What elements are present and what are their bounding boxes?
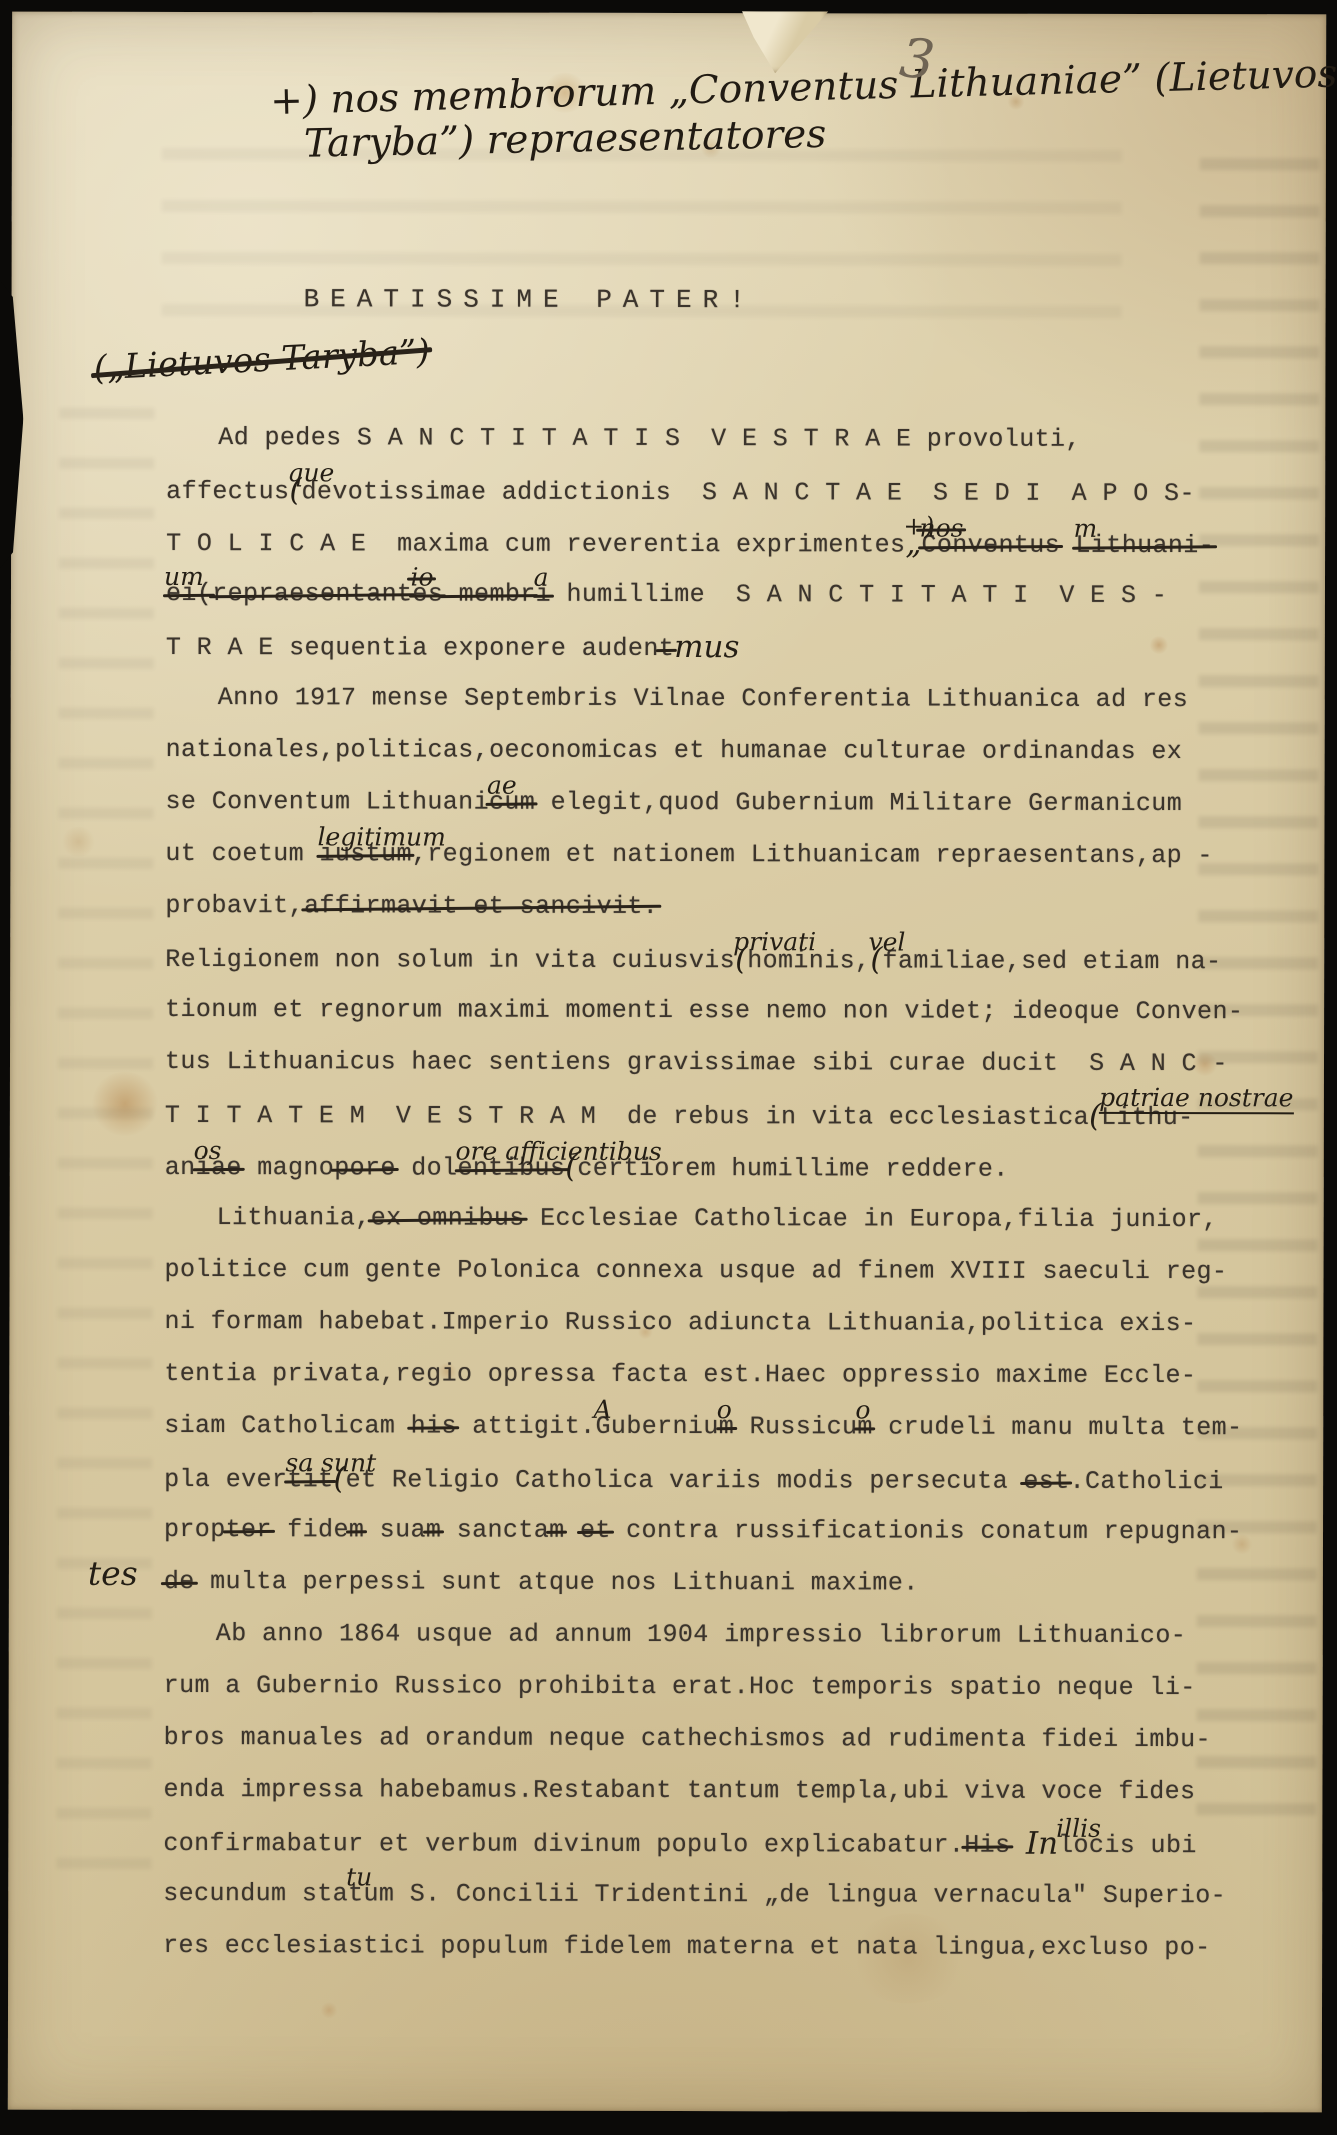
inserted-handwriting: o [855,1397,870,1423]
struck-typed-text: cumae [489,777,535,829]
text-line: T I T A T E M V E S T R A M de rebus in … [165,1088,1215,1142]
struck-typed-text: iaeos [196,1142,242,1194]
inserted-handwriting: o [717,1397,732,1423]
struck-typed-text: est [1023,1456,1069,1508]
struck-typed-text: membr [443,569,536,621]
text-line: probavit,affirmavit et sancivit. [165,880,1215,934]
typed-text: se Conventum Lithuani [165,776,489,829]
struck-typed-text: m [349,1504,365,1556]
typed-text: attigit. [457,1401,596,1453]
struck-typed-text: et [580,1505,611,1557]
typed-text: Lithu-patriae nostrae [1101,1092,1194,1144]
struck-typed-text: pore [334,1142,396,1194]
typed-text: tionum et regnorum maximi momenti esse n… [165,984,1243,1038]
typed-text: rum a Gubernio Russico prohibita erat.Ho… [164,1660,1196,1714]
inserted-handwriting: tu [346,1864,372,1890]
typed-text: prop [164,1504,226,1556]
struck-typed-text: de [164,1556,195,1608]
text-line: Ab anno 1864 usque ad annum 1904 impress… [164,1608,1214,1662]
handwritten-text: (que [289,464,301,516]
typed-text: secundum sta [163,1868,348,1920]
inserted-handwriting: sa sunt [285,1450,376,1476]
typed-text: confirmabatur et verbum divinum populo e… [163,1818,964,1872]
typed-text: S. Concilii Tridentini [394,1868,764,1921]
typed-text: T R A E sequentia exponere auden [166,622,659,675]
text-line: aniaeos magnopore dolentibusore afficien… [165,1140,1215,1194]
text-line: nationales,politicas,oeconomicas et huma… [166,724,1216,778]
struck-typed-text: titsa sunt [287,1454,333,1506]
typed-text: crudeli manu multa tem- [873,1401,1243,1454]
handwritten-text: (privati [735,933,747,985]
document-page: +) nos membrorum „Conventus Lithuaniae” … [8,12,1326,2113]
text-line: Lithuania,ex omnibus Ecclesiae Catholica… [165,1192,1215,1246]
handwritten-text: (vel [870,933,882,985]
typed-text: sancta [441,1505,549,1557]
stain [60,827,96,857]
struck-typed-text: m [549,1505,565,1557]
struck-typed-text: esio [412,568,443,620]
typed-text: familiae,sed etiam na- [883,935,1222,988]
inserted-handwriting: vel [868,929,905,955]
typed-text [1010,1820,1026,1872]
inserted-handwriting: ae [487,772,517,798]
typed-text: politice cum gente Polonica connexa usqu… [165,1244,1228,1298]
text-line: Religionem non solum in vita cuiusvis(pr… [165,932,1215,986]
text-line: ni formam habebat.Imperio Russico adiunc… [164,1296,1214,1350]
crossed-out-note: („Lietuvos Taryba”) [93,332,431,389]
struck-typed-text: mo [857,1401,873,1453]
typed-text: pla ever [164,1454,287,1506]
text-line: bros manuales ad orandum neque cathechis… [164,1712,1214,1766]
struck-typed-text: His [964,1820,1010,1872]
typed-text: affectus [166,466,289,518]
typed-text: Ecclesiae Catholicae in Europa,filia jun… [525,1193,1218,1246]
text-line: propter fidem suam sanctam et contra rus… [164,1504,1214,1558]
text-line: enda impressa habebamus.Restabant tantum… [163,1764,1213,1818]
struck-typed-text: ia [536,569,552,621]
typed-text: dol [396,1142,458,1194]
inserted-handwriting: A [594,1396,612,1422]
typed-text: Anno 1917 mense Septembris Vilnae Confer… [218,672,1188,726]
stain [320,2002,338,2018]
typed-text: ni formam habebat.Imperio Russico adiunc… [164,1296,1196,1350]
text-line: tesde multa perpessi sunt atque nos Lith… [164,1556,1214,1610]
struck-typed-text: affirmavit et sancivit. [304,880,658,933]
margin-handwritten-note: tes [88,1548,138,1600]
inserted-handwriting: patriae nostrae [1099,1084,1293,1114]
inserted-handwriting: que [287,460,334,486]
typed-text: siam Catholicam [164,1400,411,1453]
scan-background: { "colors": { "paper":"#d9cba6", "typed_… [0,0,1337,2135]
text-line: affectus(quedevotissimae addictionis S A… [166,464,1216,518]
handwritten-text: In [1026,1818,1058,1870]
typed-text: „de lingua vernacula" Superio- [764,1869,1226,1922]
typed-text: Ab anno 1864 usque ad annum 1904 impress… [216,1608,1186,1662]
text-line: Anno 1917 mense Septembris Vilnae Confer… [166,672,1216,726]
inserted-handwriting: um [164,564,204,590]
typed-text: bros manuales ad orandum neque cathechis… [164,1712,1211,1766]
typed-text: ,regionem et nationem Lithuanicam reprae… [412,828,1213,882]
typed-text: tumtu [348,1868,394,1920]
inserted-handwriting: privati [733,929,816,955]
inserted-handwriting: illis [1056,1815,1101,1841]
typed-text: locis ubiillis [1058,1820,1197,1872]
inserted-handwriting: nos [919,515,963,541]
typed-text: nationales,politicas,oeconomicas et huma… [166,724,1183,778]
inserted-handwriting: a [534,564,549,590]
inserted-handwriting: ore afficientibus [455,1138,661,1165]
struck-typed-text: entibusore afficientibus [457,1143,565,1195]
typed-text: fide [272,1504,349,1556]
document-lines: Ad pedes S A N C T I T A T I S V E S T R… [163,412,1216,1974]
text-line: ut coetum iustumlegitimum,regionem et na… [165,828,1215,882]
typed-text: enda impressa habebamus.Restabant tantum… [163,1764,1195,1818]
handwritten-header-note-line2: Taryba”) repraesentatores [304,112,827,167]
text-line: ei(umrepraesentantesio membria humillime… [166,568,1216,622]
struck-typed-text: repraesentant [212,568,412,620]
inserted-handwriting: io [410,564,433,590]
scan-edge-notch [0,280,24,570]
typed-text: res ecclesiastici populum fidelem matern… [163,1920,1210,1974]
text-line: rum a Gubernio Russico prohibita erat.Ho… [164,1660,1214,1714]
text-line: pla evertitsa sunt(et Religio Catholica … [164,1452,1214,1506]
text-line: tus Lithuanicus haec sentiens gravissima… [165,1036,1215,1090]
typed-text: elegit,quod Gubernium Militare Germanicu… [535,777,1182,830]
struck-typed-text: iustumlegitimum [319,828,412,880]
struck-typed-text: t [659,623,675,675]
text-line: tionum et regnorum maximi momenti esse n… [165,984,1215,1038]
typed-text: humillime S A N C T I T A T I V E S - [551,569,1167,622]
bleed-through [56,392,154,1892]
inserted-handwriting: legitimum [317,824,445,851]
text-line: politice cum gente Polonica connexa usqu… [165,1244,1215,1298]
page-title: BEATISSIME PATER! [304,284,756,315]
typed-text: Religionem non solum in vita cuiusvis [165,934,735,987]
typed-text: probavit, [165,880,304,932]
typed-text: Russicu [734,1401,857,1453]
typed-text: T I T A T E M V E S T R A M de rebus in … [165,1090,1089,1144]
inserted-handwriting: m [1074,515,1098,541]
page-number: 3 [897,26,938,92]
struck-typed-text: Conventusnos [921,520,1060,572]
typed-text: et Religio Catholica variis modis persec… [346,1454,1024,1507]
typed-text: ut coetum [165,828,319,880]
typed-text: an [165,1142,196,1194]
struck-typed-text: m [426,1504,442,1556]
struck-typed-text: ex omnibus [371,1192,525,1244]
typed-text: multa perpessi sunt atque nos Lithuani m… [195,1556,919,1610]
struck-typed-text: his [411,1400,457,1452]
typed-text: tentia privata,regio opressa facta est.H… [164,1348,1196,1402]
typed-text: tus Lithuanicus haec sentiens gravissima… [165,1036,1228,1090]
struck-typed-text: ei(um [166,568,212,620]
typed-text: GuberniuA [595,1401,718,1453]
typed-text: Lithuania, [217,1192,371,1244]
typed-text: sua [364,1504,426,1556]
handwritten-text: mus [674,621,739,673]
typed-text: magno [242,1142,335,1194]
text-line: res ecclesiastici populum fidelem matern… [163,1920,1213,1974]
text-line: confirmabatur et verbum divinum populo e… [163,1816,1213,1870]
struck-typed-text: ter [226,1504,272,1556]
text-line: T R A E sequentia exponere audentmus [166,620,1216,674]
struck-typed-text: mo [719,1401,735,1453]
typed-text: contra russificationis conatum repugnan- [611,1505,1243,1558]
struck-typed-text: Lithuani-m [1075,520,1214,572]
text-line: T O L I C A E maxima cum reverentia expr… [166,516,1216,570]
typed-text: Ad pedes S A N C T I T A T I S V E S T R… [218,412,1081,466]
text-line: siam Catholicam his attigit.GuberniuAmo … [164,1400,1214,1454]
typed-text: .Catholici [1070,1456,1224,1508]
inserted-handwriting: os [194,1138,222,1164]
stain [90,1072,160,1136]
typed-text: devotissimae addictionis S A N C T A E S… [301,466,1194,520]
text-line: tentia privata,regio opressa facta est.H… [164,1348,1214,1402]
text-line: secundum statumtu S. Concilii Tridentini… [163,1868,1213,1922]
